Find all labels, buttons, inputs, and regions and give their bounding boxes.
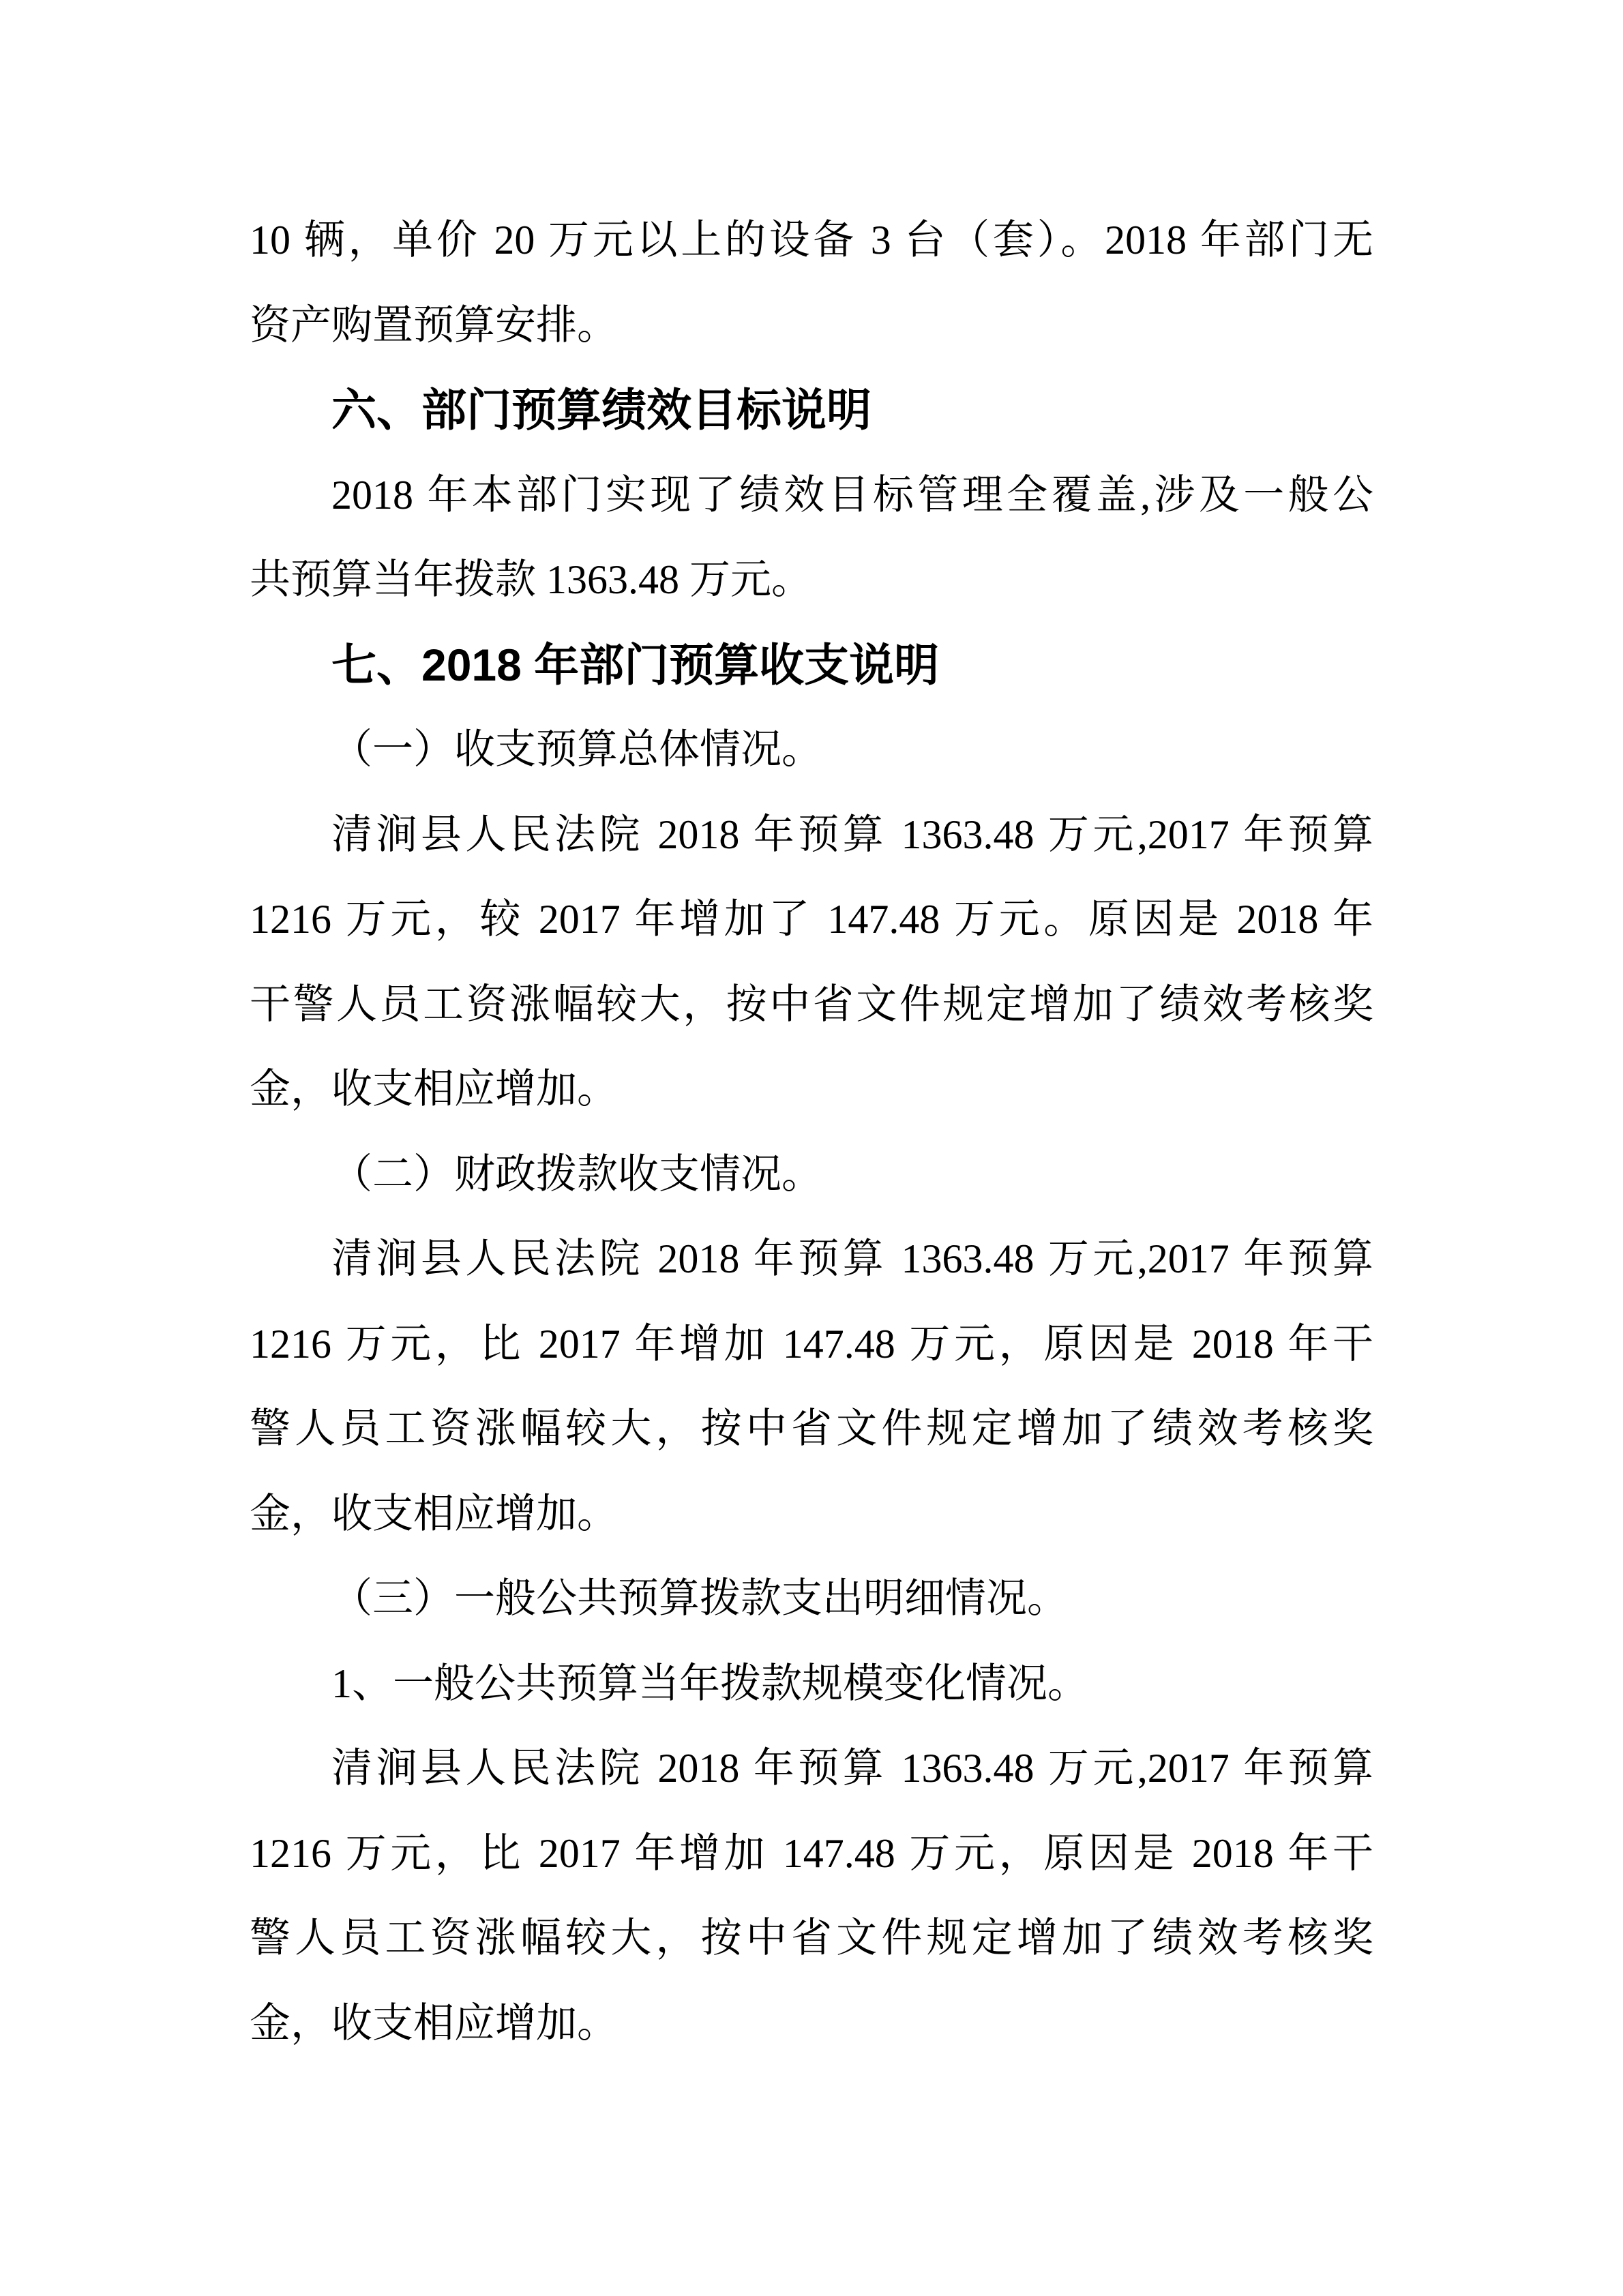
text-line: 10 辆，单价 20 万元以上的设备 3 台（套）。2018 年部门无 — [250, 198, 1373, 283]
text-line: 1216 万元，比 2017 年增加 147.48 万元，原因是 2018 年干 — [250, 1811, 1373, 1896]
document-page: 10 辆，单价 20 万元以上的设备 3 台（套）。2018 年部门无 资产购置… — [0, 0, 1623, 2296]
text-line: 警人员工资涨幅较大，按中省文件规定增加了绩效考核奖 — [250, 1896, 1373, 1981]
text-line: 共预算当年拨款 1363.48 万元。 — [250, 537, 1373, 623]
text-line: 警人员工资涨幅较大，按中省文件规定增加了绩效考核奖 — [250, 1386, 1373, 1472]
text-line: 金，收支相应增加。 — [250, 1472, 1373, 1557]
text-line: 金，收支相应增加。 — [250, 1981, 1373, 2066]
text-line: 金，收支相应增加。 — [250, 1047, 1373, 1132]
text-line: 清涧县人民法院 2018 年预算 1363.48 万元,2017 年预算 — [250, 1217, 1373, 1302]
text-line: 清涧县人民法院 2018 年预算 1363.48 万元,2017 年预算 — [250, 792, 1373, 878]
text-line: 2018 年本部门实现了绩效目标管理全覆盖,涉及一般公 — [250, 453, 1373, 538]
subheading-line: （三）一般公共预算拨款支出明细情况。 — [250, 1556, 1373, 1641]
heading-section-seven: 七、2018 年部门预算收支说明 — [250, 623, 1373, 708]
heading-section-six: 六、部门预算绩效目标说明 — [250, 368, 1373, 453]
text-line: 清涧县人民法院 2018 年预算 1363.48 万元,2017 年预算 — [250, 1726, 1373, 1811]
subheading-line: 1、一般公共预算当年拨款规模变化情况。 — [250, 1641, 1373, 1727]
text-line: 资产购置预算安排。 — [250, 283, 1373, 368]
subheading-line: （一）收支预算总体情况。 — [250, 707, 1373, 792]
subheading-line: （二）财政拨款收支情况。 — [250, 1132, 1373, 1217]
text-column: 10 辆，单价 20 万元以上的设备 3 台（套）。2018 年部门无 资产购置… — [250, 198, 1373, 2066]
text-line: 干警人员工资涨幅较大，按中省文件规定增加了绩效考核奖 — [250, 962, 1373, 1047]
text-line: 1216 万元，比 2017 年增加 147.48 万元，原因是 2018 年干 — [250, 1302, 1373, 1387]
text-line: 1216 万元，较 2017 年增加了 147.48 万元。原因是 2018 年 — [250, 877, 1373, 962]
